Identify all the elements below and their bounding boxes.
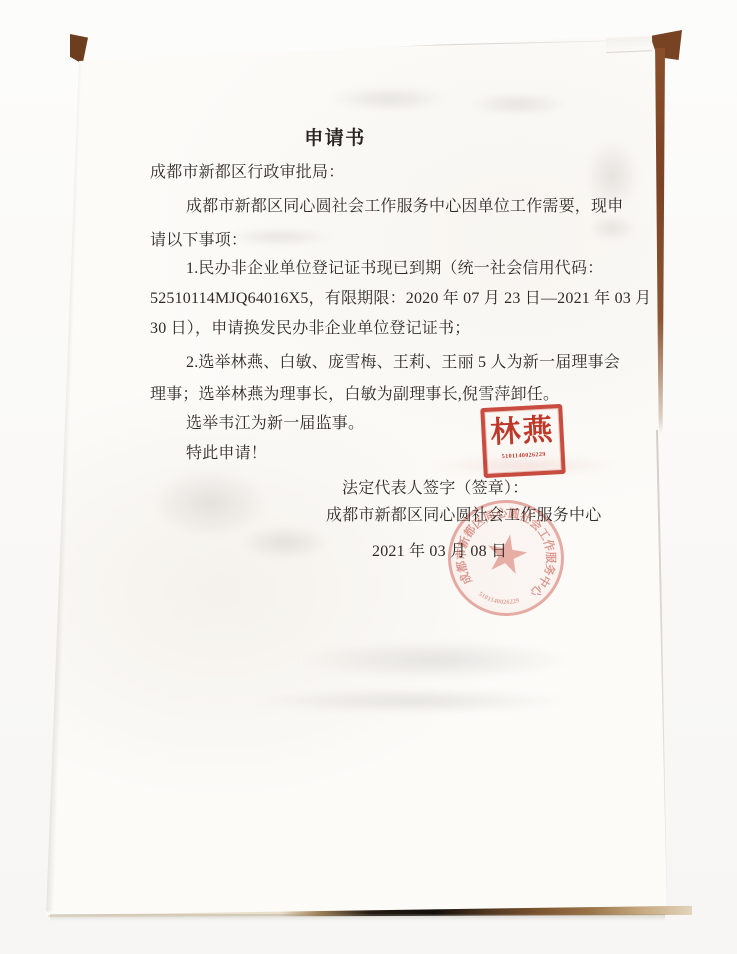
bleed-through-mark — [330, 86, 450, 112]
bleed-through-mark — [250, 688, 570, 714]
body-line: 成都市新都区同心圆社会工作服务中心因单位工作需要，现申 — [186, 196, 623, 217]
body-line: 52510114MJQ64016X5，有限期限：2020 年 07 月 23 日… — [150, 288, 651, 309]
table-edge-top-right — [648, 30, 682, 60]
document-title: 申请书 — [280, 123, 390, 150]
bleed-through-mark — [588, 215, 636, 241]
bleed-through-mark — [240, 525, 330, 560]
bleed-through-mark — [150, 468, 270, 538]
body-line: 成都市新都区行政审批局： — [150, 162, 344, 183]
round-seal-number: 5101140026229 — [439, 491, 573, 625]
paper-bottom-shadow — [50, 914, 665, 921]
paper-edge-left-shadow — [46, 62, 82, 912]
body-line: 特此申请！ — [186, 443, 267, 464]
signature-label: 法定代表人签字（签章）： — [342, 478, 528, 499]
paper-edge-right — [656, 430, 669, 908]
paper-fold-top-right — [606, 36, 659, 53]
body-line: 理事；选举林燕为理事长，白敏为副理事长,倪雪萍卸任。 — [150, 384, 559, 405]
body-line: 2.选举林燕、白敏、庞雪梅、王莉、王丽 5 人为新一届理事会 — [186, 352, 620, 373]
bleed-through-mark — [468, 92, 568, 116]
paper-sheet: 申请书 成都市新都区行政审批局： 成都市新都区同心圆社会工作服务中心因单位工作需… — [0, 0, 737, 954]
name-seal-text: 林燕 — [485, 410, 561, 454]
bleed-through-mark — [295, 640, 575, 680]
body-line: 选举韦江为新一届监事。 — [186, 413, 364, 434]
paper-crease — [92, 39, 648, 54]
round-official-seal: ★ 成都市新都区同心圆社会工作服务中心 5101140026229 — [439, 491, 573, 625]
table-edge-top-left — [70, 34, 88, 64]
scanned-document-photo: 申请书 成都市新都区行政审批局： 成都市新都区同心圆社会工作服务中心因单位工作需… — [0, 0, 737, 954]
name-seal: 林燕 5101140026229 — [480, 404, 566, 478]
body-line: 30 日），申请换发民办非企业单位登记证书； — [150, 318, 470, 339]
body-line: 请以下事项： — [150, 230, 247, 251]
body-line: 1.民办非企业单位登记证书现已到期（统一社会信用代码： — [186, 258, 603, 279]
